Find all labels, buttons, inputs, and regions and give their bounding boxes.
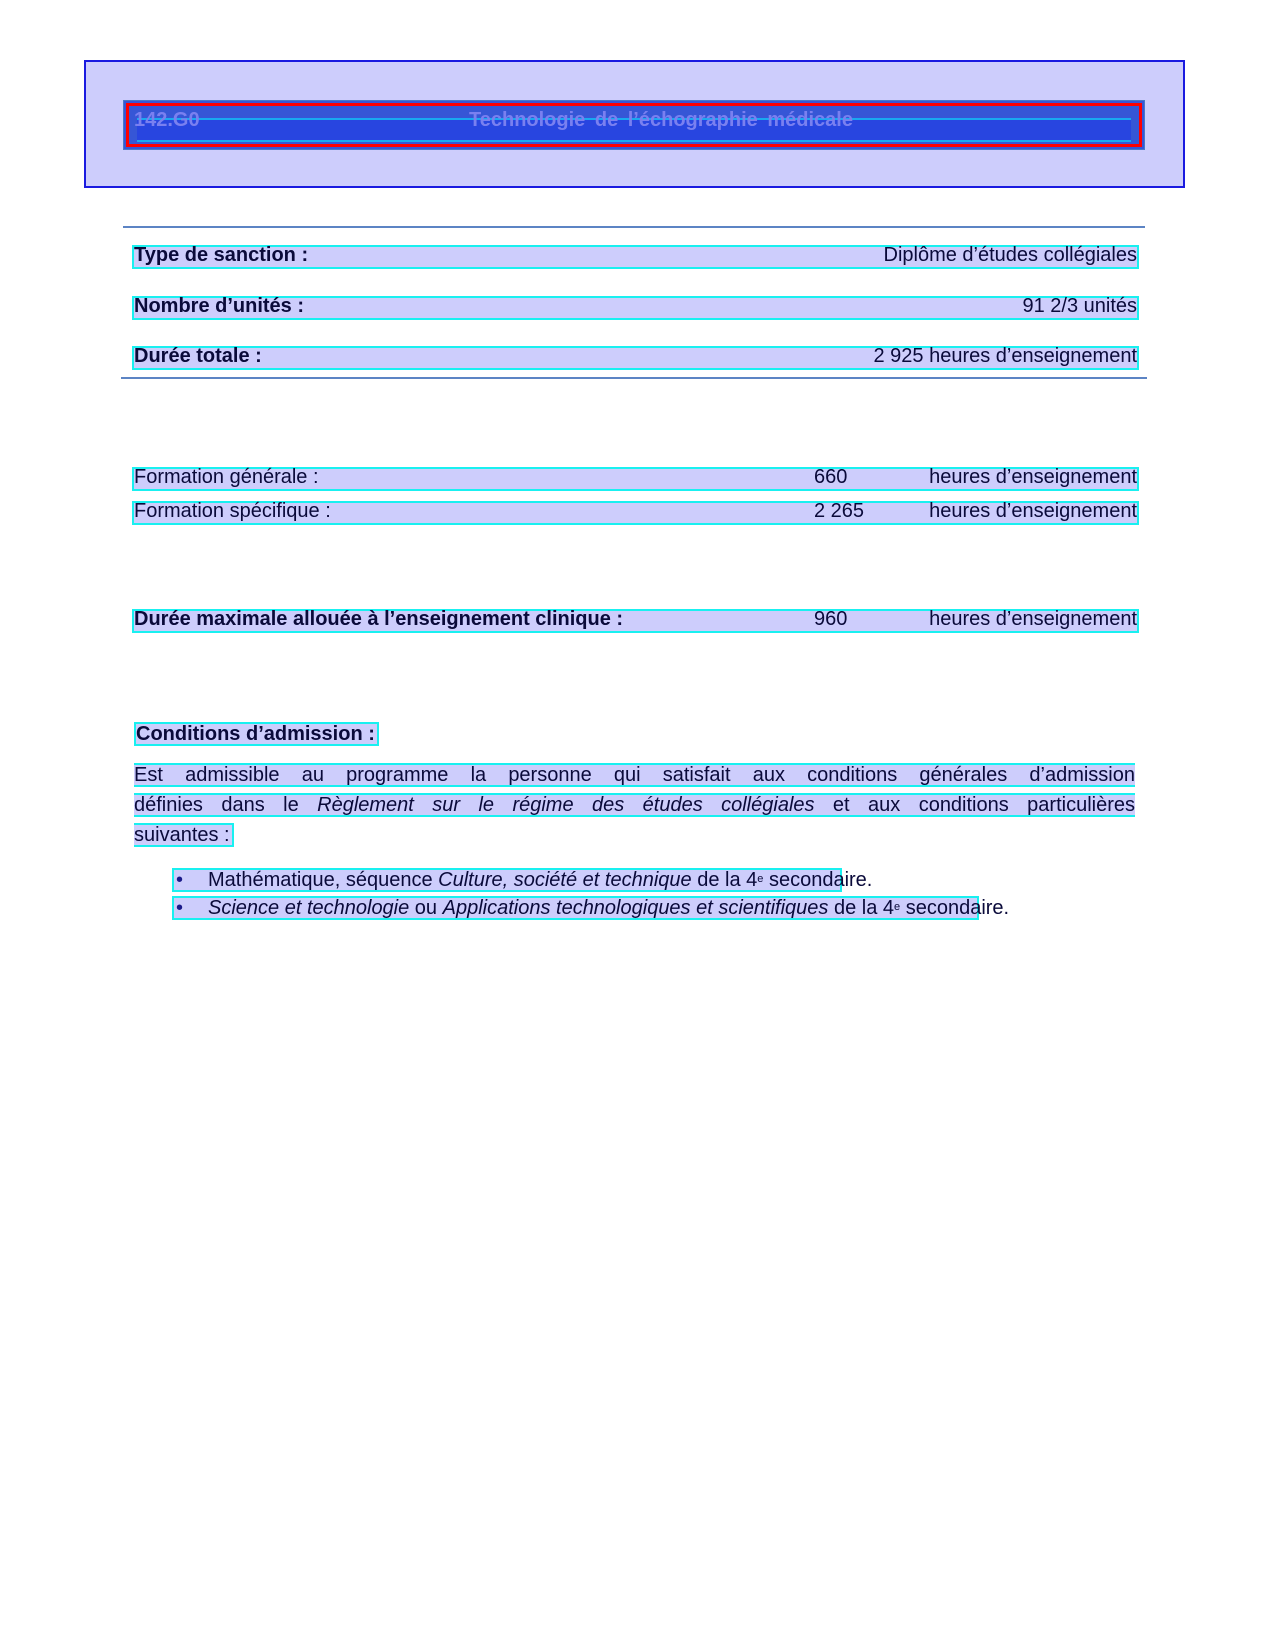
list-item-text: Science et technologie ou Applications t… bbox=[208, 897, 1009, 919]
specific-training-unit: heures d’enseignement bbox=[929, 501, 1137, 521]
list-item: • Science et technologie ou Applications… bbox=[172, 896, 979, 920]
clinical-label: Durée maximale allouée à l’enseignement … bbox=[134, 609, 623, 629]
units-row: Nombre d’unités : 91 2/3 unités bbox=[132, 296, 1139, 320]
paragraph-line: suivantes : bbox=[134, 823, 234, 847]
units-label: Nombre d’unités : bbox=[134, 296, 304, 316]
clinical-row: Durée maximale allouée à l’enseignement … bbox=[132, 609, 1139, 633]
superscript: e bbox=[757, 873, 763, 885]
text-segment: de la 4 bbox=[828, 897, 894, 919]
clinical-unit: heures d’enseignement bbox=[929, 609, 1137, 629]
text-segment: et aux conditions particulières bbox=[815, 794, 1135, 816]
text-segment: définies dans le bbox=[134, 794, 317, 816]
sequence-name: Culture, société et technique bbox=[438, 869, 692, 891]
summary-bottom-rule bbox=[121, 377, 1147, 379]
specific-training-row: Formation spécifique : 2 265 heures d’en… bbox=[132, 501, 1139, 525]
text-segment: de la 4 bbox=[692, 869, 758, 891]
paragraph-line: définies dans le Règlement sur le régime… bbox=[134, 793, 1135, 817]
sanction-value: Diplôme d’études collégiales bbox=[884, 245, 1137, 265]
sanction-row: Type de sanction : Diplôme d’études coll… bbox=[132, 245, 1139, 269]
total-duration-label: Durée totale : bbox=[134, 346, 262, 366]
bullet-icon: • bbox=[176, 870, 183, 890]
text-segment: secondaire. bbox=[763, 869, 872, 891]
general-training-unit: heures d’enseignement bbox=[929, 467, 1137, 487]
total-duration-value: 2 925 heures d’enseignement bbox=[873, 346, 1137, 366]
program-title-bar: 142.G0 Technologie de l’échographie médi… bbox=[123, 100, 1145, 150]
general-training-hours: 660 bbox=[814, 467, 847, 487]
admission-paragraph: Est admissible au programme la personne … bbox=[134, 763, 1135, 860]
text-segment: secondaire. bbox=[900, 897, 1009, 919]
program-code: 142.G0 bbox=[134, 109, 200, 132]
total-duration-row: Durée totale : 2 925 heures d’enseigneme… bbox=[132, 346, 1139, 370]
general-training-row: Formation générale : 660 heures d’enseig… bbox=[132, 467, 1139, 491]
list-item-text: Mathématique, séquence Culture, société … bbox=[208, 869, 872, 891]
course-name: Applications technologiques et scientifi… bbox=[443, 897, 829, 919]
specific-training-label: Formation spécifique : bbox=[134, 501, 331, 521]
clinical-hours: 960 bbox=[814, 609, 847, 629]
course-name: Science et technologie bbox=[208, 897, 409, 919]
sanction-label: Type de sanction : bbox=[134, 245, 308, 265]
admission-heading: Conditions d’admission : bbox=[134, 722, 379, 746]
paragraph-line: Est admissible au programme la personne … bbox=[134, 763, 1135, 787]
superscript: e bbox=[894, 901, 900, 913]
bullet-icon: • bbox=[176, 898, 183, 918]
program-title: Technologie de l’échographie médicale bbox=[469, 109, 853, 132]
specific-training-hours: 2 265 bbox=[814, 501, 864, 521]
regulation-title: Règlement sur le régime des études collé… bbox=[317, 794, 814, 816]
text-segment: Mathématique, séquence bbox=[208, 869, 438, 891]
list-item: • Mathématique, séquence Culture, sociét… bbox=[172, 868, 842, 892]
text-segment: ou bbox=[409, 897, 442, 919]
general-training-label: Formation générale : bbox=[134, 467, 319, 487]
summary-top-rule bbox=[123, 226, 1145, 228]
units-value: 91 2/3 unités bbox=[1022, 296, 1137, 316]
